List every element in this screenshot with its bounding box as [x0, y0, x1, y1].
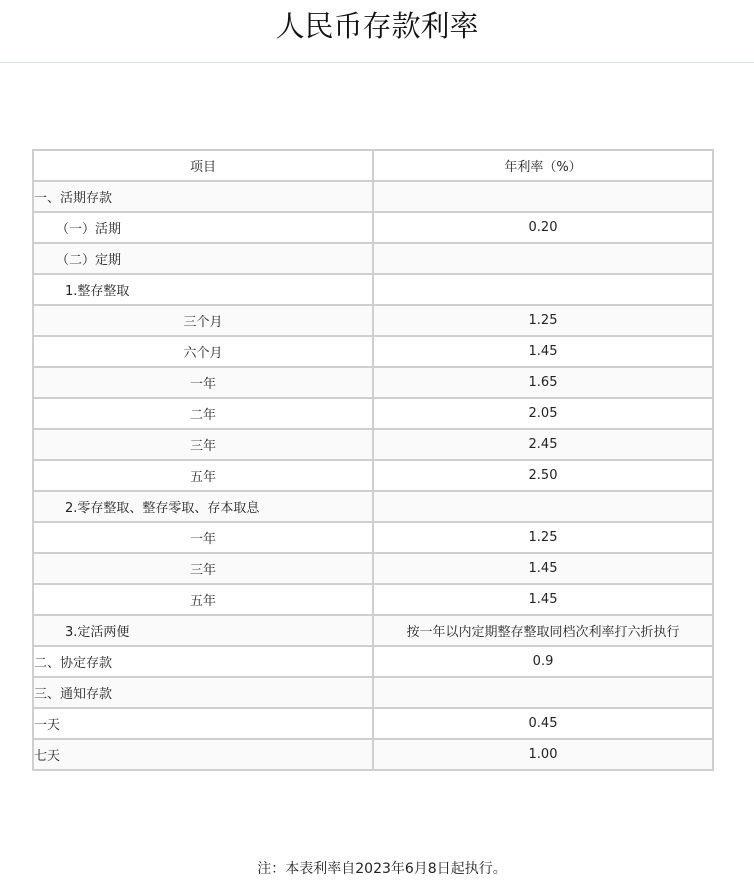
row-item: 五年	[33, 584, 373, 615]
table-row: 3.定活两便按一年以内定期整存整取同档次利率打六折执行	[33, 615, 713, 646]
row-rate: 1.25	[373, 305, 713, 336]
table-row: 五年1.45	[33, 584, 713, 615]
row-item: 三年	[33, 429, 373, 460]
row-item: 2.零存整取、整存零取、存本取息	[33, 491, 373, 522]
table-header-row: 项目 年利率（%）	[33, 150, 713, 181]
row-item: 一、活期存款	[33, 181, 373, 212]
page-title: 人民币存款利率	[275, 6, 478, 46]
row-item: 一年	[33, 522, 373, 553]
table-row: 2.零存整取、整存零取、存本取息	[33, 491, 713, 522]
table-row: 六个月1.45	[33, 336, 713, 367]
row-rate: 0.9	[373, 646, 713, 677]
table-row: 七天1.00	[33, 739, 713, 770]
row-rate	[373, 274, 713, 305]
row-rate: 1.45	[373, 336, 713, 367]
row-item: （二）定期	[33, 243, 373, 274]
column-header-item: 项目	[33, 150, 373, 181]
row-rate: 2.45	[373, 429, 713, 460]
row-rate: 1.45	[373, 584, 713, 615]
row-item: 一年	[33, 367, 373, 398]
row-item: 一天	[33, 708, 373, 739]
table-row: 一年1.25	[33, 522, 713, 553]
row-rate: 1.00	[373, 739, 713, 770]
row-item: 3.定活两便	[33, 615, 373, 646]
table-row: 三个月1.25	[33, 305, 713, 336]
row-rate	[373, 677, 713, 708]
row-rate: 1.45	[373, 553, 713, 584]
row-item: 三个月	[33, 305, 373, 336]
row-rate: 0.20	[373, 212, 713, 243]
table-row: （一）活期0.20	[33, 212, 713, 243]
table-row: 二、协定存款0.9	[33, 646, 713, 677]
table-row: 三年2.45	[33, 429, 713, 460]
table-row: 1.整存整取	[33, 274, 713, 305]
row-item: 五年	[33, 460, 373, 491]
table-row: 二年2.05	[33, 398, 713, 429]
table-row: 一年1.65	[33, 367, 713, 398]
row-rate: 按一年以内定期整存整取同档次利率打六折执行	[373, 615, 713, 646]
row-rate: 1.25	[373, 522, 713, 553]
table-body: 一、活期存款（一）活期0.20（二）定期1.整存整取三个月1.25六个月1.45…	[33, 181, 713, 770]
row-rate: 1.65	[373, 367, 713, 398]
row-item: 三年	[33, 553, 373, 584]
row-item: 三、通知存款	[33, 677, 373, 708]
row-rate	[373, 243, 713, 274]
column-header-rate: 年利率（%）	[373, 150, 713, 181]
row-item: 六个月	[33, 336, 373, 367]
row-rate: 2.50	[373, 460, 713, 491]
footnote: 注：本表利率自2023年6月8日起执行。	[0, 858, 754, 878]
row-rate	[373, 491, 713, 522]
table-row: 一天0.45	[33, 708, 713, 739]
row-item: 二年	[33, 398, 373, 429]
row-item: 二、协定存款	[33, 646, 373, 677]
table-row: 五年2.50	[33, 460, 713, 491]
row-item: 1.整存整取	[33, 274, 373, 305]
title-bar: 人民币存款利率	[0, 0, 754, 63]
table-row: 三年1.45	[33, 553, 713, 584]
row-item: 七天	[33, 739, 373, 770]
row-item: （一）活期	[33, 212, 373, 243]
row-rate	[373, 181, 713, 212]
row-rate: 0.45	[373, 708, 713, 739]
table-row: （二）定期	[33, 243, 713, 274]
table-row: 一、活期存款	[33, 181, 713, 212]
row-rate: 2.05	[373, 398, 713, 429]
table-row: 三、通知存款	[33, 677, 713, 708]
interest-rate-table: 项目 年利率（%） 一、活期存款（一）活期0.20（二）定期1.整存整取三个月1…	[32, 149, 714, 771]
